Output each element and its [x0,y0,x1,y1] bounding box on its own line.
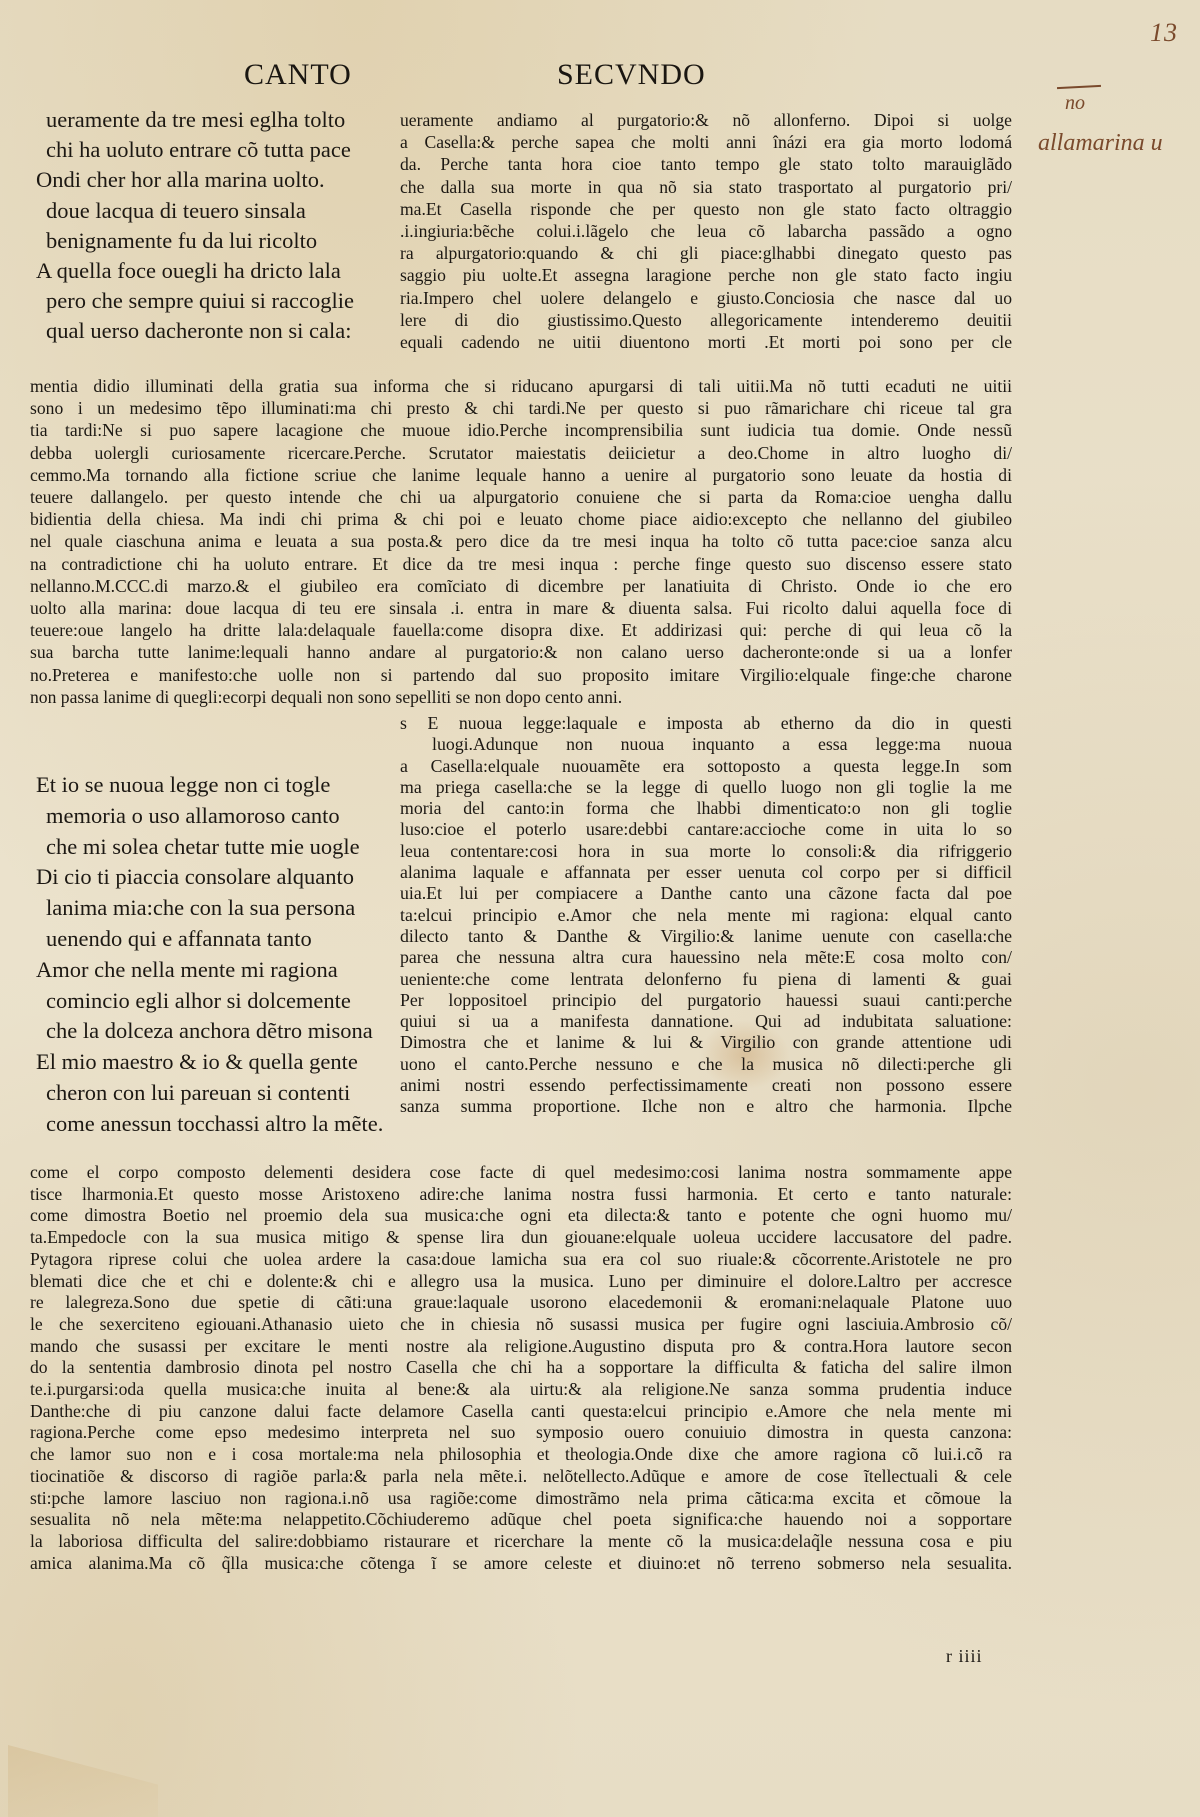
commentary-line: do la sententia dambrosio dinota pel nos… [30,1357,1012,1379]
commentary-line: cemmo.Ma tornando alla fictione scriue c… [30,464,1012,486]
verse-line: A quella foce ouegli ha dricto lala [36,256,354,286]
commentary-right-column-2: s E nuoua legge:laquale e imposta ab eth… [400,713,1012,1118]
commentary-line: debba uolergli curiosamente ricercare.Pe… [30,442,1012,464]
page-corner-fold [8,1745,158,1817]
commentary-line: uolto alla marina: doue lacqua di teu er… [30,597,1012,619]
verse-line: memoria o uso allamoroso canto [36,801,383,832]
commentary-line: moria del canto:in forma che lhabbi dime… [400,798,1012,819]
commentary-line: la laboriosa difficulta del salire:dobbi… [30,1531,1012,1553]
commentary-line: equali cadendo ne uitii diuentono morti … [400,331,1012,353]
running-head-secundo: SECVNDO [557,58,706,92]
verse-line: pero che sempre quiui si raccoglie [36,286,354,316]
verse-line: El mio maestro & io & quella gente [36,1047,383,1078]
verse-line: Ondi cher hor alla marina uolto. [36,165,354,195]
commentary-line: blemati dice che et chi e dolente:& chi … [30,1271,1012,1293]
commentary-line: sti:pche lamore lasciuo non ragiona.i.nõ… [30,1488,1012,1510]
commentary-line: ueniente:che come lentrata delonferno fu… [400,969,1012,990]
poem-block-1: ueramente da tre mesi eglha tolto chi ha… [36,105,354,347]
commentary-line: sua barcha tutte lanime:lequali hanno an… [30,641,1012,663]
commentary-line: te.i.purgarsi:oda quella musica:che inui… [30,1379,1012,1401]
handwritten-folio-number: 13 [1150,18,1178,48]
commentary-line: dilecto tanto & Danthe & Virgilio:& lani… [400,926,1012,947]
commentary-line: che dalla sua morte in qua nõ sia stato … [400,176,1012,198]
commentary-line: Dimostra che et lanime & lui & Virgilio … [400,1032,1012,1053]
commentary-line: parea che nessuna altra cura hauessino n… [400,947,1012,968]
commentary-line: ta:elcui principio e.Amor che nela mente… [400,905,1012,926]
verse-line: doue lacqua di teuero sinsala [36,196,354,226]
commentary-line: nel quale ciaschuna anima e leuata a sua… [30,530,1012,552]
commentary-line: Danthe:che di piu canzone dalui facte de… [30,1401,1012,1423]
commentary-line: tisce lharmonia.Et questo mosse Aristoxe… [30,1184,1012,1206]
commentary-line: luso:cioe el poterlo usare:debbi cantare… [400,819,1012,840]
verse-line: comincio egli alhor si dolcemente [36,986,383,1017]
commentary-line: teuere:oue langelo ha dritte lala:delaqu… [30,619,1012,641]
commentary-line: ra alpurgatorio:quando & chi gli piace:g… [400,242,1012,264]
commentary-line: da. Perche tanta hora cioe tanto tempo g… [400,153,1012,175]
commentary-line: non passa lanime di quegli:ecorpi dequal… [30,686,1012,708]
commentary-line: Per loppositoel principio del purgatorio… [400,990,1012,1011]
commentary-line: teuere dallangelo. per questo intende ch… [30,486,1012,508]
commentary-line: ta.Empedocle con la sua musica mitigo & … [30,1227,1012,1249]
commentary-line: sanza summa proportione. Ilche non e alt… [400,1096,1012,1117]
commentary-line: luogi.Adunque non nuoua inquanto a essa … [400,734,1012,755]
commentary-line: mando che susassi per excitare le menti … [30,1336,1012,1358]
commentary-line: le che sexerciteno egiouani.Athanasio ui… [30,1314,1012,1336]
commentary-line: a Casella:elquale nuouamẽte era sottopos… [400,756,1012,777]
commentary-full-width-2: come el corpo composto delementi desider… [30,1162,1012,1574]
commentary-full-width-1: mentia didio illuminati della gratia sua… [30,375,1012,708]
commentary-line: come el corpo composto delementi desider… [30,1162,1012,1184]
commentary-line: nellanno.M.CCC.di marzo.& el giubileo er… [30,575,1012,597]
verse-line: lanima mia:che con la sua persona [36,893,383,924]
verse-line: Et io se nuoua legge non ci togle [36,770,383,801]
verse-line: Di cio ti piaccia consolare alquanto [36,862,383,893]
verse-line: cheron con lui pareuan si contenti [36,1078,383,1109]
commentary-line: Pytagora riprese colui che uolea ardere … [30,1249,1012,1271]
commentary-line: lere di dio giustissimo.Questo allegoric… [400,309,1012,331]
commentary-line: ma priega casella:che se la legge di que… [400,777,1012,798]
verse-line: qual uerso dacheronte non si cala: [36,316,354,346]
commentary-line: quiui si ua a manifesta dannatione. Qui … [400,1011,1012,1032]
commentary-line: saggio piu uolte.Et assegna laragione pe… [400,264,1012,286]
commentary-line: amica alanima.Ma cõ q̃lla musica:che cõt… [30,1553,1012,1575]
commentary-line: .i.ingiuria:bẽche colui.i.lãgelo che leu… [400,220,1012,242]
margin-note-mark: no [1065,92,1085,115]
commentary-line: uia.Et lui per compiacere a Danthe canto… [400,883,1012,904]
commentary-line: na contradictione chi ha uoluto entrare.… [30,553,1012,575]
verse-line: Amor che nella mente mi ragiona [36,955,383,986]
commentary-line: che lamor suo non e i cosa mortale:ma ne… [30,1444,1012,1466]
commentary-line: sesualita nõ nela mẽte:ma nelappetito.Cõ… [30,1509,1012,1531]
margin-note-phrase: allamarina u [1038,130,1163,157]
verse-line: uenendo qui e affannata tanto [36,924,383,955]
commentary-line: ragiona.Perche come epso medesimo interp… [30,1422,1012,1444]
commentary-line: uono el canto.Perche nessuno e che la mu… [400,1054,1012,1075]
commentary-line: tia tardi:Ne si puo sapere lacagione che… [30,419,1012,441]
verse-line: come anessun tocchassi altro la mẽte. [36,1109,383,1140]
commentary-right-column-1: ueramente andiamo al purgatorio:& nõ all… [400,109,1012,353]
commentary-line: animi nostri essendo perfectissimamente … [400,1075,1012,1096]
commentary-line: bidientia della chiesa. Ma indi chi prim… [30,508,1012,530]
verse-line: chi ha uoluto entrare cõ tutta pace [36,135,354,165]
running-head-canto: CANTO [244,58,352,92]
commentary-line: sono i un medesimo tẽpo illuminati:ma ch… [30,397,1012,419]
commentary-line: tiocinatiõe & discorso di ragiõe parla:&… [30,1466,1012,1488]
commentary-line: come dimostra Boetio nel proemio dela su… [30,1205,1012,1227]
commentary-line: mentia didio illuminati della gratia sua… [30,375,1012,397]
verse-line: ueramente da tre mesi eglha tolto [36,105,354,135]
commentary-line: no.Preterea e manifesto:che uolle non si… [30,664,1012,686]
verse-line: che la dolceza anchora dẽtro misona [36,1016,383,1047]
commentary-line: a Casella:& perche sapea che molti anni … [400,131,1012,153]
verse-line: benignamente fu da lui ricolto [36,226,354,256]
commentary-line: ria.Impero chel uolere delangelo e giust… [400,287,1012,309]
commentary-line: ma.Et Casella risponde che per questo no… [400,198,1012,220]
commentary-line: re lalegreza.Sono due spetie di cãti:una… [30,1292,1012,1314]
commentary-line: ueramente andiamo al purgatorio:& nõ all… [400,109,1012,131]
commentary-line: s E nuoua legge:laquale e imposta ab eth… [400,713,1012,734]
quire-signature: r iiii [946,1646,983,1667]
commentary-line: alanima laquale e affannata per esser ue… [400,862,1012,883]
poem-block-2: Et io se nuoua legge non ci togle memori… [36,770,383,1140]
verse-line: che mi solea chetar tutte mie uogle [36,832,383,863]
commentary-line: leua contentare:cosi hora in sua morte l… [400,841,1012,862]
printed-page: 13 no allamarina u CANTO SECVNDO ueramen… [0,0,1200,1817]
